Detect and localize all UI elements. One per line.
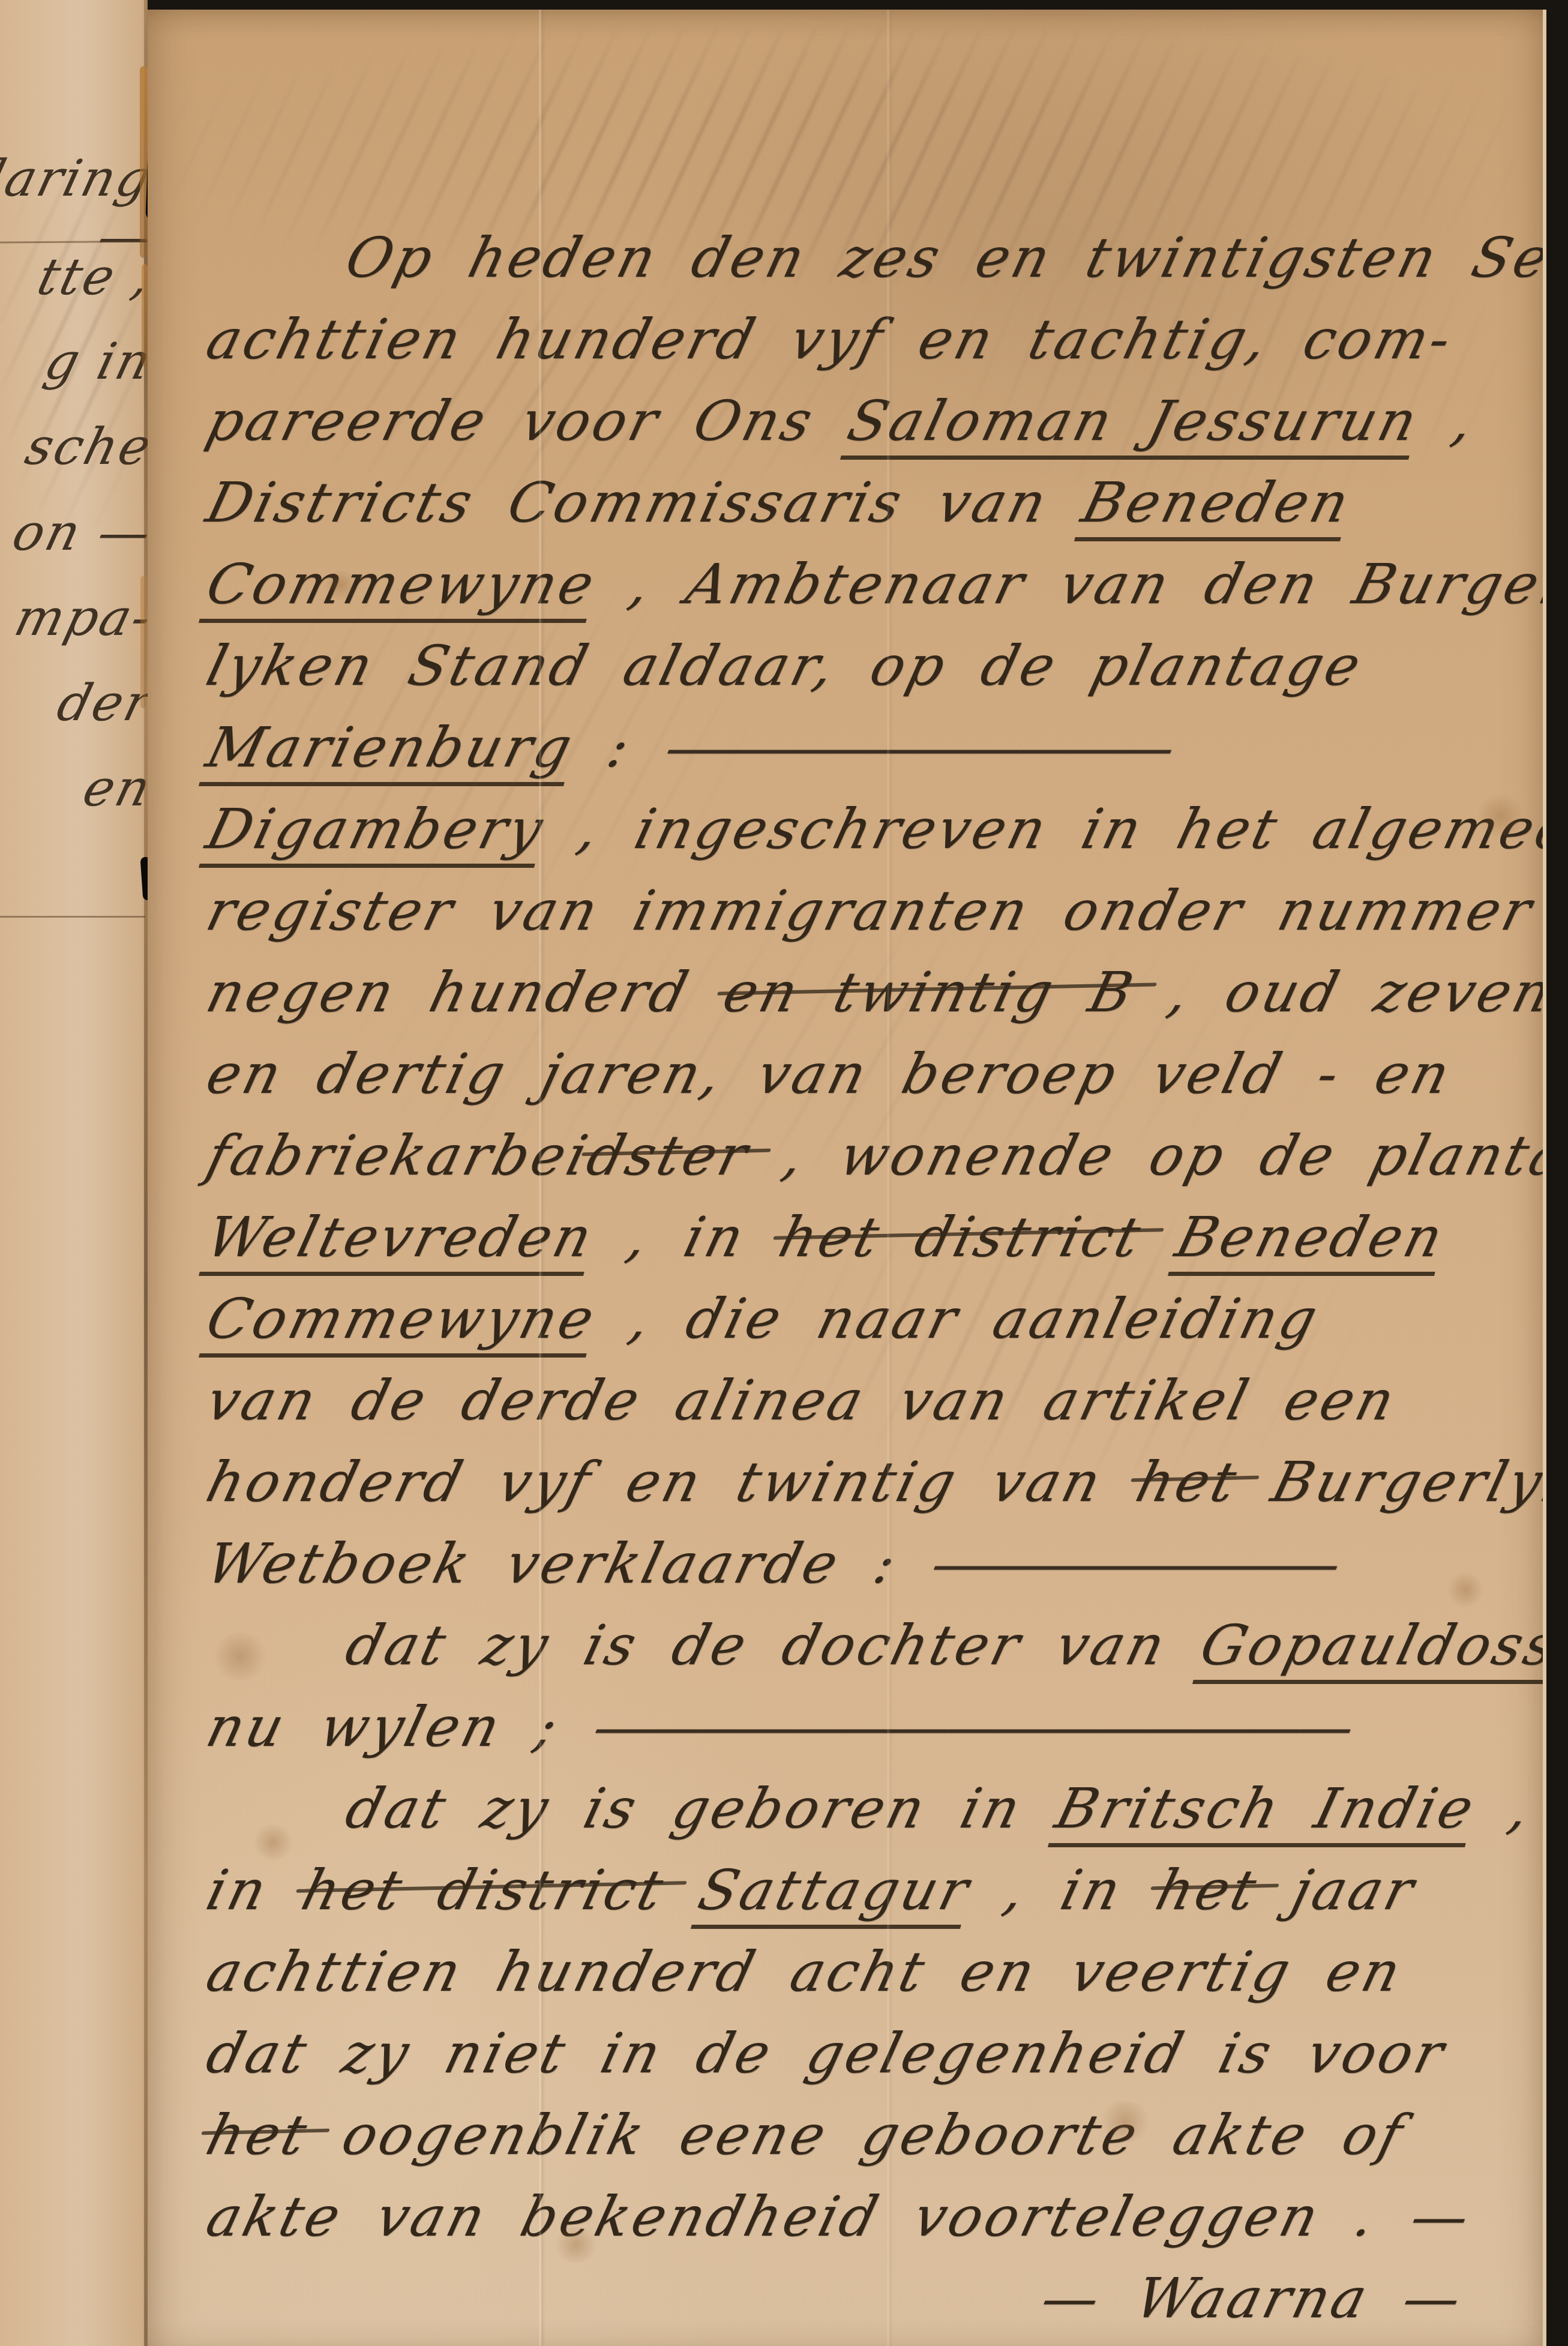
- manuscript-line: Weltevreden , in het district Beneden: [198, 1197, 1546, 1278]
- manuscript-line: achttien hunderd acht en veertig en: [198, 1931, 1546, 2013]
- ruled-line: [0, 916, 145, 918]
- manuscript-line: dat zy is geboren in Britsch Indie ,: [198, 1768, 1546, 1850]
- manuscript-line: Op heden den zes en twintigsten Septembe…: [198, 217, 1546, 299]
- manuscript-line: van de derde alinea van artikel een: [198, 1360, 1546, 1442]
- text-segment: pareerde voor Ons: [200, 389, 858, 453]
- text-segment: honderd vyf en twintig van: [200, 1450, 1146, 1514]
- torn-fiber: [140, 66, 148, 258]
- left-page-fragment: mpa-: [9, 588, 148, 647]
- text-segment: achttien hunderd acht en veertig en: [200, 1940, 1410, 2004]
- stain-mark: [1476, 792, 1524, 840]
- text-segment: Wetboek verklaarde :: [200, 1532, 941, 1596]
- text-segment: , in: [962, 1858, 1166, 1922]
- ink-rule: ———————————————: [587, 1695, 1356, 1759]
- stain-mark: [324, 570, 358, 600]
- torn-fiber: [142, 264, 148, 366]
- left-page-fragment: laring: [0, 149, 148, 208]
- text-segment: Burgerlyk: [1230, 1450, 1546, 1514]
- underlined-text: Saloman Jessurun: [840, 389, 1426, 460]
- text-segment: jaar: [1249, 1858, 1423, 1922]
- stain-mark: [552, 2227, 600, 2263]
- manuscript-line: negen hunderd en twintig B , oud zeven: [198, 952, 1546, 1033]
- text-segment: nu wylen ;: [200, 1695, 603, 1759]
- text-segment: dat zy is de dochter van: [340, 1613, 1210, 1677]
- manuscript-line: en dertig jaren, van beroep veld - en: [198, 1033, 1546, 1115]
- text-segment: register van immigranten onder nummer: [200, 879, 1541, 943]
- text-segment: dat zy niet in de gelegenheid is voor: [200, 2021, 1453, 2086]
- text-segment: achttien hunderd vyf en tachtig, com-: [200, 307, 1461, 371]
- text-segment: van de derde alinea van artikel een: [200, 1368, 1404, 1433]
- text-segment: , wonende op de plantage: [740, 1123, 1546, 1188]
- text-segment: het district: [296, 1858, 672, 1922]
- manuscript-line: dat zy niet in de gelegenheid is voor: [198, 2013, 1546, 2095]
- left-page-strip: laring—tte ,g insches on —mpa-deren: [0, 0, 148, 2346]
- text-segment: , in: [585, 1205, 789, 1269]
- left-page-fragment: en: [77, 759, 148, 817]
- manuscript-line: lyken Stand aldaar, op de plantage: [198, 625, 1546, 707]
- text-segment: het: [1150, 1858, 1266, 1922]
- left-page-fragment: s on —: [0, 503, 148, 562]
- left-page-fragment: der: [52, 673, 148, 732]
- text-segment: Districts Commissaris van: [200, 471, 1092, 535]
- text-segment: het: [1130, 1450, 1246, 1514]
- text-segment: negen hunderd: [200, 960, 733, 1024]
- text-segment: fabriekarbei: [200, 1123, 596, 1188]
- left-page-fragment: tte ,: [32, 247, 148, 306]
- ink-rule: ————————: [925, 1532, 1343, 1596]
- manuscript-line: Commewyne , die naar aanleiding: [198, 1278, 1546, 1360]
- stain-mark: [210, 1632, 270, 1680]
- underlined-text: Britsch Indie: [1048, 1776, 1483, 1847]
- underlined-text: Marienburg: [199, 715, 581, 786]
- text-segment: akte van bekendheid voorteleggen . —: [200, 2185, 1479, 2249]
- left-page-fragment: sche: [20, 417, 148, 476]
- manuscript-line: akte van bekendheid voorteleggen . —: [198, 2176, 1546, 2258]
- text-segment: en twintig B: [717, 960, 1142, 1024]
- scan-surface: { "colors":{"bg":"#18140f","paper":"#d0a…: [0, 0, 1568, 2346]
- underlined-text: Beneden: [1168, 1205, 1452, 1276]
- torn-fiber: [140, 576, 146, 708]
- text-segment: het district: [773, 1205, 1149, 1269]
- manuscript-line: Digambery , ingeschreven in het algemeen: [198, 789, 1546, 870]
- manuscript-line: register van immigranten onder nummer: [198, 870, 1546, 952]
- scan-background: [148, 0, 1568, 10]
- manuscript-line: pareerde voor Ons Saloman Jessurun ,: [198, 380, 1546, 462]
- underlined-text: Gopauldoss: [1192, 1613, 1546, 1684]
- manuscript-page: Op heden den zes en twintigsten Septembe…: [148, 10, 1546, 2346]
- text-segment: , ingeschreven in het algemeen: [536, 797, 1546, 861]
- manuscript-line: Commewyne , Ambtenaar van den Burger-: [198, 544, 1546, 625]
- text-segment: , Ambtenaar van den Burger-: [587, 552, 1546, 616]
- text-segment: in: [200, 1858, 312, 1922]
- fold-crease: [887, 0, 889, 2346]
- manuscript-line: fabriekarbeidster , wonende op de planta…: [198, 1115, 1546, 1197]
- manuscript-line: Marienburg : ——————————: [198, 707, 1546, 789]
- text-segment: en dertig jaren, van beroep veld - en: [200, 1042, 1459, 1106]
- underlined-text: Beneden: [1074, 471, 1358, 541]
- text-segment: Op heden den zes en twintigsten Septembe…: [340, 226, 1546, 290]
- stain-mark: [1098, 2101, 1152, 2143]
- text-segment: oogenblik eene geboorte akte of: [300, 2103, 1412, 2167]
- stain-mark: [252, 1824, 294, 1860]
- text-segment: lyken Stand aldaar, op de plantage: [200, 634, 1370, 698]
- text-segment: het: [200, 2103, 316, 2167]
- text-segment: , die naar aanleiding: [587, 1287, 1326, 1351]
- manuscript-line: — Waarna —: [198, 2258, 1546, 2339]
- text-segment: :: [565, 715, 675, 780]
- manuscript-line: Wetboek verklaarde : ————————: [198, 1523, 1546, 1605]
- stain-mark: [1446, 1572, 1485, 1607]
- manuscript-line: in het district Sattagur , in het jaar: [198, 1850, 1546, 1931]
- left-page-fragment: g in: [39, 332, 148, 391]
- scan-background: [1550, 0, 1568, 2346]
- underlined-text: Sattagur: [691, 1858, 978, 1929]
- underlined-text: Digambery: [199, 797, 551, 868]
- manuscript-line: nu wylen ; ———————————————: [198, 1686, 1546, 1768]
- fold-crease: [539, 0, 541, 2346]
- manuscript-line: het oogenblik eene geboorte akte of: [198, 2095, 1546, 2176]
- manuscript-text: Op heden den zes en twintigsten Septembe…: [198, 217, 1542, 2339]
- text-segment: — Waarna —: [1035, 2266, 1471, 2330]
- manuscript-line: dat zy is de dochter van Gopauldoss ,: [198, 1605, 1546, 1686]
- underlined-text: Commewyne: [199, 1287, 603, 1358]
- manuscript-line: Districts Commissaris van Beneden: [198, 462, 1546, 544]
- underlined-text: Commewyne: [199, 552, 603, 623]
- text-segment: , oud zeven: [1126, 960, 1546, 1024]
- text-segment: dster: [580, 1123, 756, 1188]
- manuscript-line: honderd vyf en twintig van het Burgerlyk: [198, 1442, 1546, 1523]
- ink-rule: ——————————: [659, 715, 1177, 780]
- text-segment: dat zy is geboren in: [340, 1776, 1066, 1841]
- manuscript-line: achttien hunderd vyf en tachtig, com-: [198, 299, 1546, 380]
